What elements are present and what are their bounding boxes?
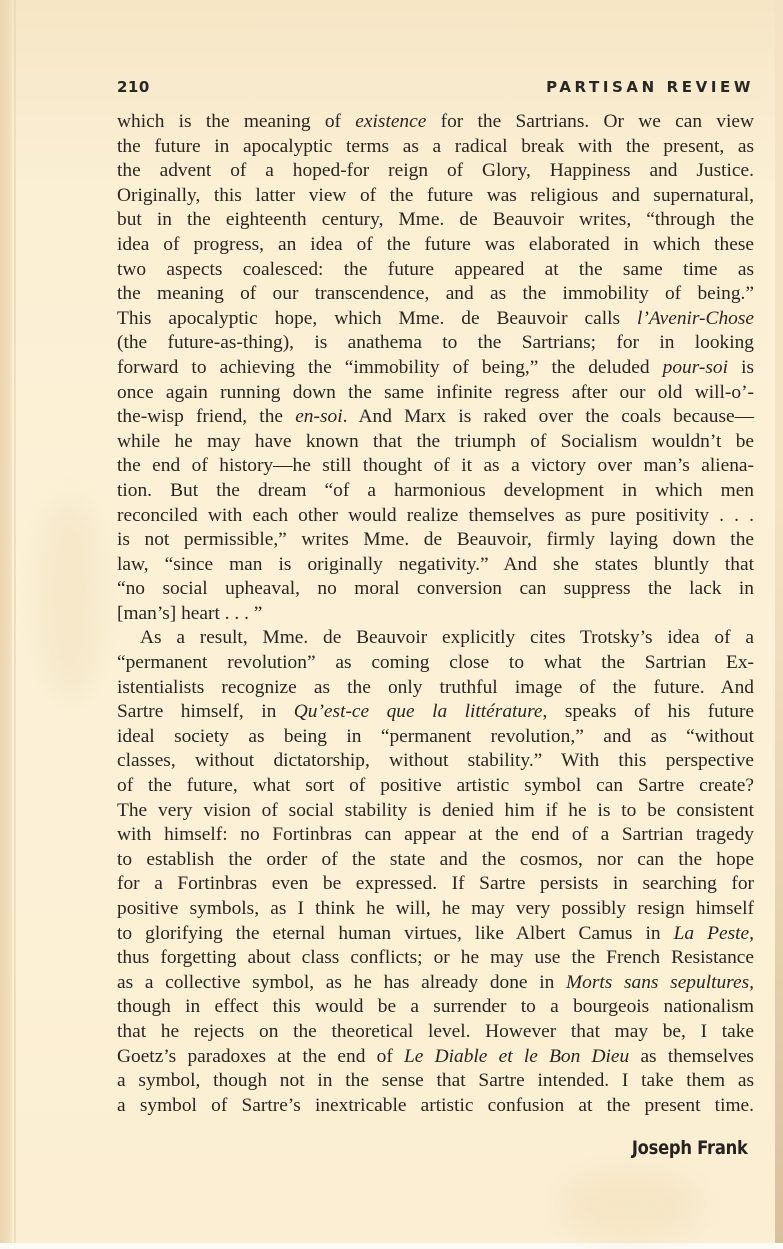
text-line: This apocalyptic hope, which Mme. de Bea… xyxy=(117,307,754,332)
text-line: with himself: no Fortinbras can appear a… xyxy=(117,823,754,848)
author-signature: Joseph Frank xyxy=(632,1137,748,1159)
text-segment: Goetz’s paradoxes at the end of xyxy=(117,1046,404,1067)
text-line: which is the meaning of existence for th… xyxy=(117,110,754,135)
text-line: “no social upheaval, no moral conversion… xyxy=(117,577,754,602)
text-segment: The very vision of social stability is d… xyxy=(117,800,754,821)
text-line: two aspects coalesced: the future appear… xyxy=(117,258,754,283)
text-line: reconciled with each other would realize… xyxy=(117,504,754,529)
page-bottom-edge xyxy=(0,1243,783,1249)
text-segment: but in the eighteenth century, Mme. de B… xyxy=(117,209,754,230)
text-line: but in the eighteenth century, Mme. de B… xyxy=(117,208,754,233)
text-line: Originally, this latter view of the futu… xyxy=(117,184,754,209)
text-segment: tion. But the dream “of a harmonious dev… xyxy=(117,480,754,501)
text-segment: that he rejects on the theoretical level… xyxy=(117,1021,754,1042)
text-segment: , speaks of his future xyxy=(543,701,754,722)
italic-title: Morts sans sepultures, xyxy=(566,972,754,993)
text-segment: the future in apocalyptic terms as a rad… xyxy=(117,136,754,157)
italic-title: Le Diable et le Bon Dieu xyxy=(404,1046,629,1067)
text-line: [man’s] heart . . . ” xyxy=(117,602,754,627)
text-line: that he rejects on the theoretical level… xyxy=(117,1020,754,1045)
text-line: “permanent revolution” as coming close t… xyxy=(117,651,754,676)
text-line: the advent of a hoped-for reign of Glory… xyxy=(117,159,754,184)
text-segment: is not permissible,” writes Mme. de Beau… xyxy=(117,529,754,550)
paper-stain xyxy=(40,500,100,700)
running-header: 210 PARTISAN REVIEW xyxy=(117,78,754,104)
text-segment: positive symbols, as I think he will, he… xyxy=(117,898,754,919)
text-segment: a symbol of Sartre’s inextricable artist… xyxy=(117,1095,754,1116)
text-segment: [man’s] heart . . . ” xyxy=(117,603,262,624)
text-line: law, “since man is originally negativity… xyxy=(117,553,754,578)
text-line: the future in apocalyptic terms as a rad… xyxy=(117,135,754,160)
text-segment: to establish the order of the state and … xyxy=(117,849,754,870)
text-line: forward to achieving the “immobility of … xyxy=(117,356,754,381)
text-segment: (the future-as-thing), is anathema to th… xyxy=(117,332,754,353)
text-segment: “no social upheaval, no moral conversion… xyxy=(117,578,754,599)
page-number: 210 xyxy=(117,78,150,96)
page-fold-line xyxy=(14,0,16,1249)
text-segment: once again running down the same infinit… xyxy=(117,382,754,403)
text-segment: to glorifying the eternal human virtues,… xyxy=(117,923,674,944)
text-line: idea of progress, an idea of the future … xyxy=(117,233,754,258)
text-line: istentialists recognize as the only trut… xyxy=(117,676,754,701)
text-segment: a symbol, though not in the sense that S… xyxy=(117,1070,754,1091)
text-segment: the-wisp friend, the xyxy=(117,406,295,427)
text-segment: istentialists recognize as the only trut… xyxy=(117,677,754,698)
text-line: to establish the order of the state and … xyxy=(117,848,754,873)
text-line: (the future-as-thing), is anathema to th… xyxy=(117,331,754,356)
text-segment: for the Sartrians. Or we can view xyxy=(426,111,754,132)
text-segment: as themselves xyxy=(629,1046,754,1067)
text-line: classes, without dictatorship, without s… xyxy=(117,749,754,774)
text-line: positive symbols, as I think he will, he… xyxy=(117,897,754,922)
page-right-edge xyxy=(775,0,783,1249)
text-segment: “permanent revolution” as coming close t… xyxy=(117,652,754,673)
text-segment: which is the meaning of xyxy=(117,111,355,132)
text-segment: As a result, Mme. de Beauvoir explicitly… xyxy=(140,627,754,648)
text-line: the end of history—he still thought of i… xyxy=(117,454,754,479)
text-segment: classes, without dictatorship, without s… xyxy=(117,750,754,771)
text-line: a symbol, though not in the sense that S… xyxy=(117,1069,754,1094)
text-line: a symbol of Sartre’s inextricable artist… xyxy=(117,1094,754,1119)
text-line: of the future, what sort of positive art… xyxy=(117,774,754,799)
text-line: ideal society as being in “permanent rev… xyxy=(117,725,754,750)
text-segment: Originally, this latter view of the futu… xyxy=(117,185,754,206)
text-line: The very vision of social stability is d… xyxy=(117,799,754,824)
text-line: is not permissible,” writes Mme. de Beau… xyxy=(117,528,754,553)
text-segment: Sartre himself, in xyxy=(117,701,294,722)
text-line: while he may have known that the triumph… xyxy=(117,430,754,455)
text-segment: the advent of a hoped-for reign of Glory… xyxy=(117,160,754,181)
page-left-edge xyxy=(0,0,12,1249)
text-segment: ideal society as being in “permanent rev… xyxy=(117,726,754,747)
text-segment: for a Fortinbras even be expressed. If S… xyxy=(117,873,754,894)
italic-title: l’Avenir-Chose xyxy=(637,308,754,329)
text-line: though in effect this would be a surrend… xyxy=(117,995,754,1020)
text-segment: while he may have known that the triumph… xyxy=(117,431,754,452)
text-line: the meaning of our transcendence, and as… xyxy=(117,282,754,307)
text-line: once again running down the same infinit… xyxy=(117,381,754,406)
text-segment: law, “since man is originally negativity… xyxy=(117,554,754,575)
text-segment: the end of history—he still thought of i… xyxy=(117,455,754,476)
text-line: As a result, Mme. de Beauvoir explicitly… xyxy=(117,626,754,651)
text-segment: idea of progress, an idea of the future … xyxy=(117,234,754,255)
text-line: Goetz’s paradoxes at the end of Le Diabl… xyxy=(117,1045,754,1070)
italic-title: Qu’est-ce que la littérature xyxy=(294,701,543,722)
text-segment: thus forgetting about class conflicts; o… xyxy=(117,947,754,968)
text-segment: . And Marx is raked over the coals becau… xyxy=(343,406,754,427)
text-line: for a Fortinbras even be expressed. If S… xyxy=(117,872,754,897)
article-body: which is the meaning of existence for th… xyxy=(117,110,754,1118)
text-segment: of the future, what sort of positive art… xyxy=(117,775,754,796)
paper-stain xyxy=(560,1170,700,1240)
text-line: to glorifying the eternal human virtues,… xyxy=(117,922,754,947)
text-segment: This apocalyptic hope, which Mme. de Bea… xyxy=(117,308,637,329)
text-line: tion. But the dream “of a harmonious dev… xyxy=(117,479,754,504)
text-segment: though in effect this would be a surrend… xyxy=(117,996,754,1017)
text-segment: forward to achieving the “immobility of … xyxy=(117,357,663,378)
text-segment: the meaning of our transcendence, and as… xyxy=(117,283,754,304)
italic-title: existence xyxy=(355,111,426,132)
text-line: the-wisp friend, the en-soi. And Marx is… xyxy=(117,405,754,430)
italic-title: pour-soi xyxy=(663,357,728,378)
text-segment: with himself: no Fortinbras can appear a… xyxy=(117,824,754,845)
journal-title: PARTISAN REVIEW xyxy=(546,78,754,96)
text-line: Sartre himself, in Qu’est-ce que la litt… xyxy=(117,700,754,725)
italic-title: La Peste, xyxy=(674,923,754,944)
text-segment: as a collective symbol, as he has alread… xyxy=(117,972,566,993)
italic-title: en-soi xyxy=(295,406,342,427)
text-segment: two aspects coalesced: the future appear… xyxy=(117,259,754,280)
text-line: thus forgetting about class conflicts; o… xyxy=(117,946,754,971)
text-segment: is xyxy=(728,357,754,378)
text-line: as a collective symbol, as he has alread… xyxy=(117,971,754,996)
book-page: 210 PARTISAN REVIEW which is the meaning… xyxy=(0,0,783,1249)
text-segment: reconciled with each other would realize… xyxy=(117,505,754,526)
